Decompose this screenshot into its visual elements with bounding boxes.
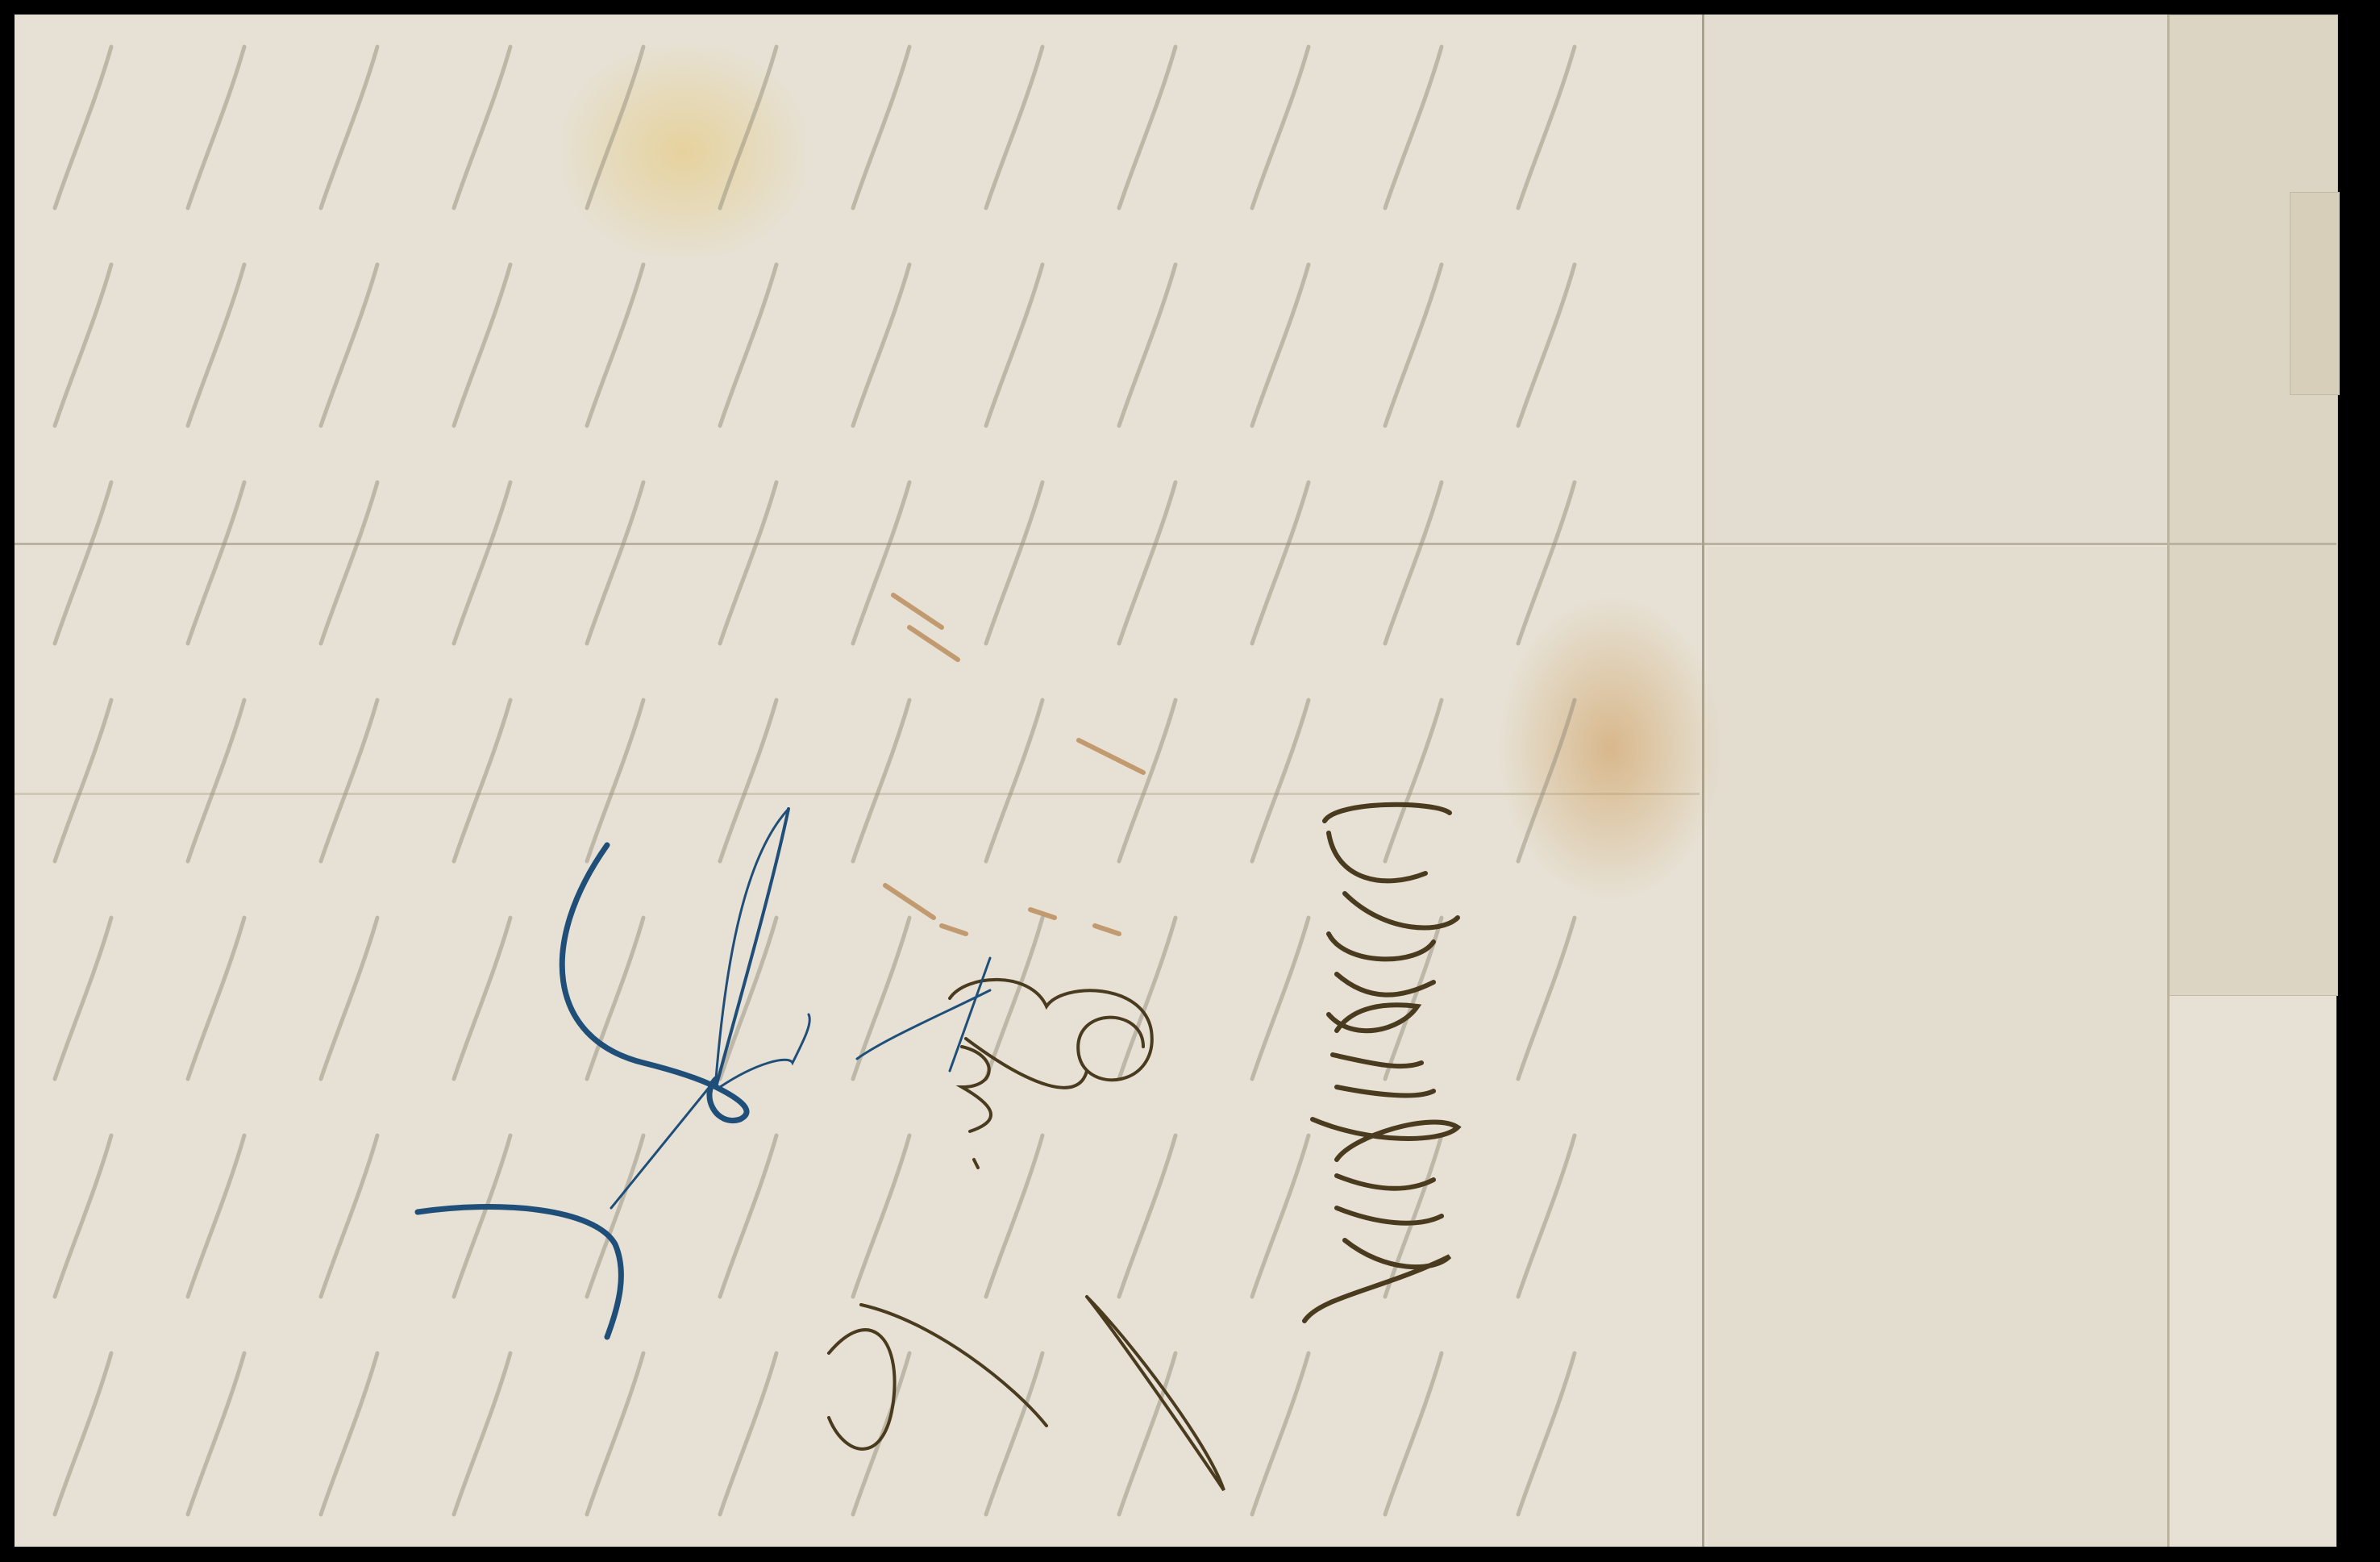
postmark-traces	[885, 595, 1143, 934]
handwriting-layer	[15, 15, 2336, 1547]
date-script	[829, 980, 1224, 1490]
town-name-script	[1304, 805, 1458, 1321]
letter-sheet	[15, 15, 2336, 1547]
blue-rate-marking	[418, 809, 990, 1337]
